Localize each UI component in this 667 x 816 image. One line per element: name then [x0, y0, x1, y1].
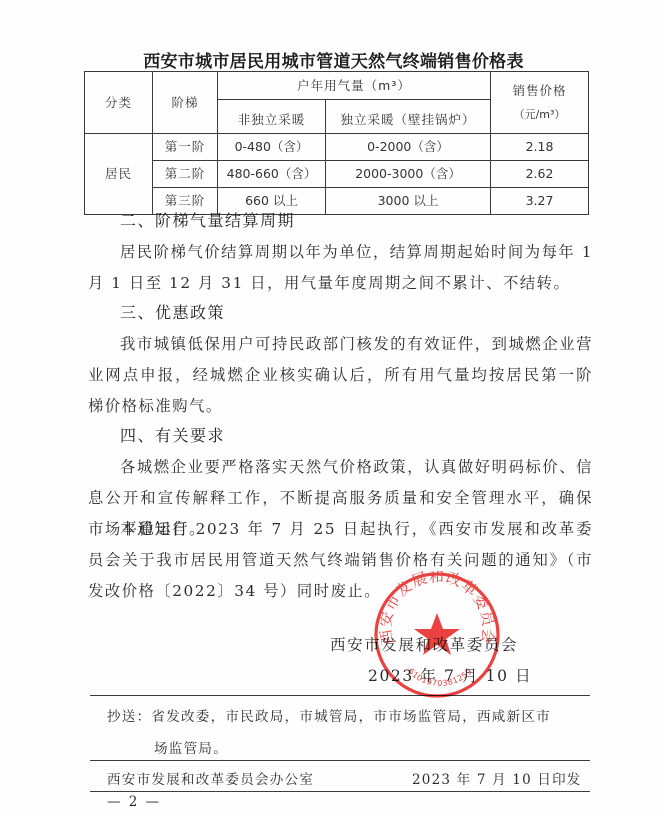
price-cell: 3.27 [491, 188, 589, 215]
footer-divider [90, 695, 590, 696]
document-page: 西安市城市居民用城市管道天然气终端销售价格表 分类 阶梯 户年用气量（m³） 销… [0, 0, 667, 816]
cc-label: 抄送： [107, 709, 151, 725]
header-price: 销售价格 （元/m³） [491, 72, 589, 134]
svg-text:6101970381259: 6101970381259 [406, 667, 474, 688]
cc-recipients: 省发改委，市民政局，市城管局，市市场监管局，西咸新区市 [151, 709, 551, 725]
official-seal-icon: 西安市发展和改革委员会 6101970381259 [373, 571, 501, 699]
non-independent-cell: 0-480（含） [218, 134, 326, 161]
tier-cell: 第二阶 [153, 161, 218, 188]
category-cell: 居民 [85, 134, 153, 215]
header-price-unit: （元/m³） [491, 109, 588, 121]
footer-divider [90, 791, 590, 792]
issuing-office: 西安市发展和改革委员会办公室 [107, 768, 314, 788]
tier-cell: 第一阶 [153, 134, 218, 161]
independent-cell: 0-2000（含） [326, 134, 491, 161]
independent-cell: 2000-3000（含） [326, 161, 491, 188]
print-date: 2023 年 7 月 10 日印发 [412, 768, 581, 788]
footer-divider [90, 760, 590, 761]
table-row: 居民 第一阶 0-480（含） 0-2000（含） 2.18 [85, 134, 589, 161]
table-row: 第二阶 480-660（含） 2000-3000（含） 2.62 [85, 161, 589, 188]
price-cell: 2.62 [491, 161, 589, 188]
header-tier: 阶梯 [153, 72, 218, 134]
price-cell: 2.18 [491, 134, 589, 161]
header-category: 分类 [85, 72, 153, 134]
header-independent-heating: 独立采暖（壁挂锅炉） [326, 100, 491, 134]
gas-price-table: 分类 阶梯 户年用气量（m³） 销售价格 （元/m³） 非独立采暖 独立采暖（壁… [84, 71, 589, 215]
cc-line: 抄送：省发改委，市民政局，市城管局，市市场监管局，西咸新区市 [107, 705, 592, 725]
header-non-independent-heating: 非独立采暖 [218, 100, 326, 134]
header-annual-usage: 户年用气量（m³） [218, 72, 491, 100]
section-paragraph: 居民阶梯气价结算周期以年为单位，结算周期起始时间为每年 1 月 1 日至 12 … [88, 237, 593, 299]
section-heading: 二、阶梯气量结算周期 [120, 208, 295, 231]
non-independent-cell: 480-660（含） [218, 161, 326, 188]
header-price-label: 销售价格 [491, 84, 588, 98]
table-title: 西安市城市居民用城市管道天然气终端销售价格表 [0, 47, 667, 72]
section-heading: 三、优惠政策 [120, 300, 225, 323]
section-heading: 四、有关要求 [120, 423, 225, 446]
closing-paragraph: 本通知自 2023 年 7 月 25 日起执行，《西安市发展和改革委员会关于我市… [88, 514, 593, 607]
independent-cell: 3000 以上 [326, 188, 491, 215]
cc-line-continued: 场监管局。 [154, 737, 639, 757]
section-paragraph: 我市城镇低保用户可持民政部门核发的有效证件，到城燃企业营业网点申报，经城燃企业核… [88, 329, 593, 422]
page-number: — 2 — [107, 794, 161, 810]
